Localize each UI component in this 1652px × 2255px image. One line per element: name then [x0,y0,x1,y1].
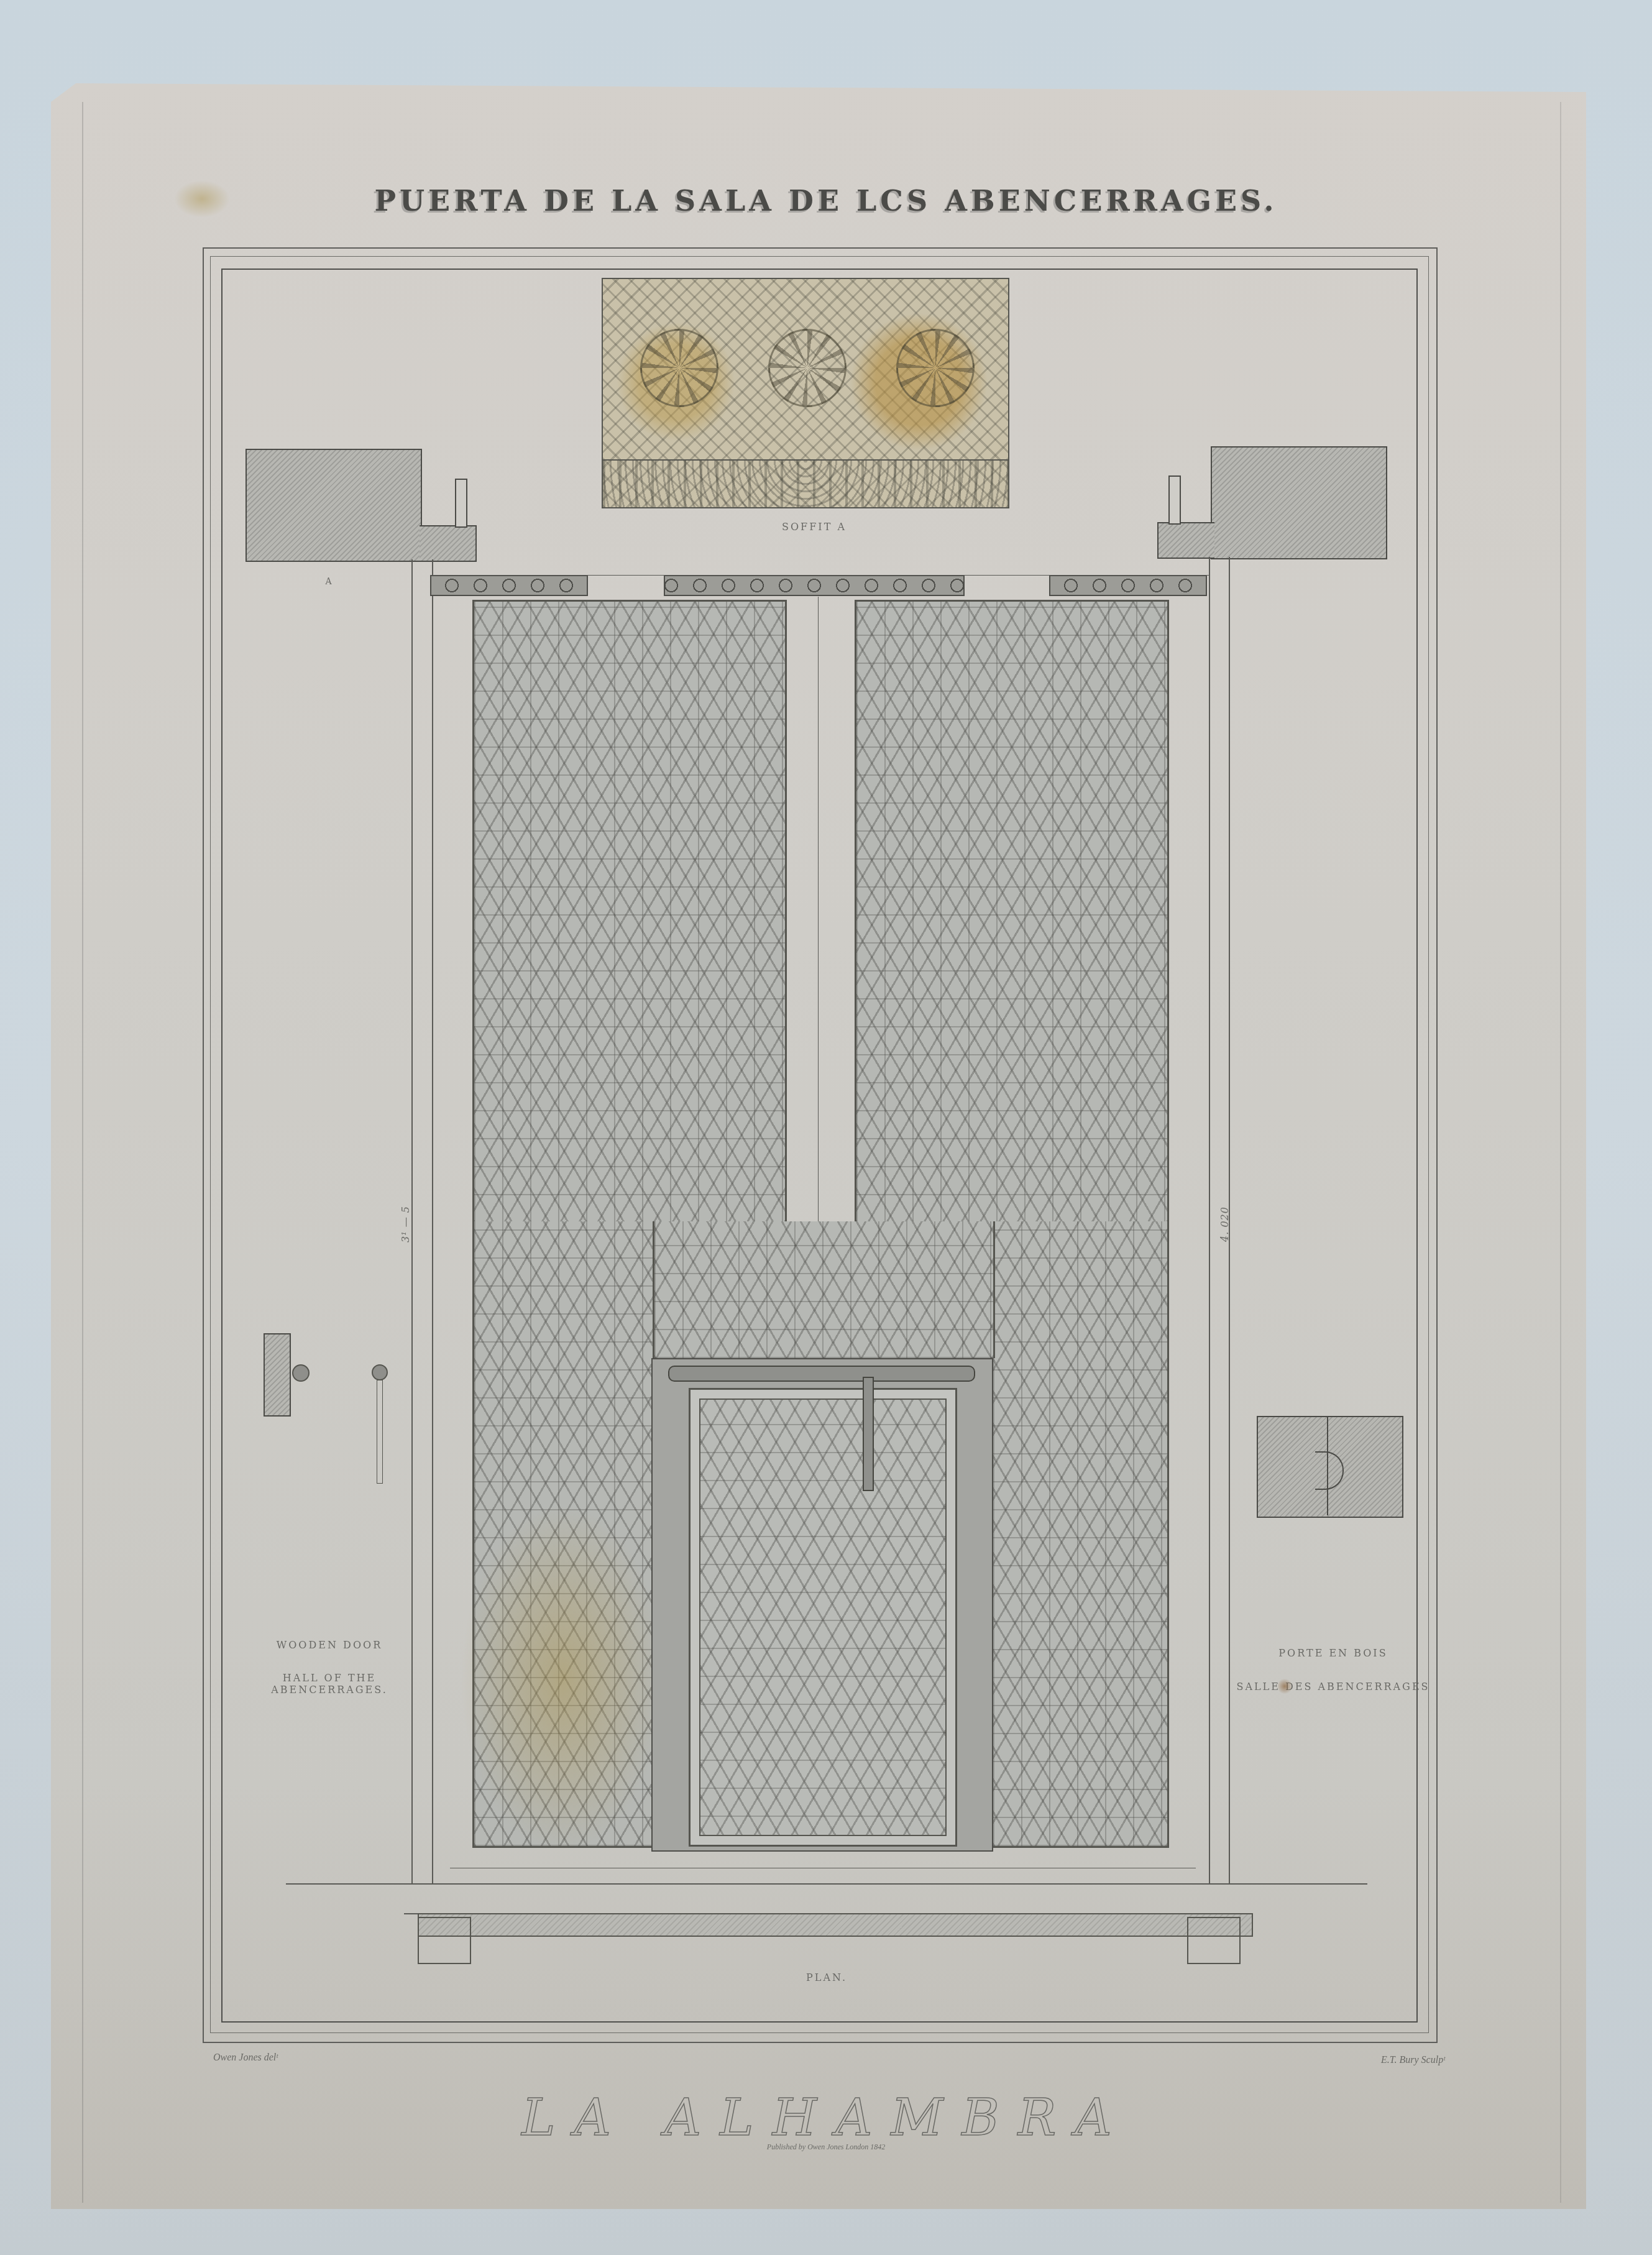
star-rosette-icon [768,329,847,407]
latch-bar [377,1380,383,1484]
publisher-line: Published by Owen Jones London 1842 [0,2142,1652,2152]
bolt-handle [863,1377,874,1491]
caption-french-line2: SALLE DES ABENCERRAGES [1231,1681,1436,1692]
rosette-rail-right [1049,575,1207,596]
plan-pivot-left [418,1917,471,1964]
door-leaf-left-upper [472,600,787,1225]
door-leaf-mid [653,1221,995,1358]
plate-title: PUERTA DE LA SALA DE LCS ABENCERRAGES. [0,184,1652,218]
hinge-pin-icon [292,1364,310,1382]
jamb-section-left [246,449,422,562]
series-title: LA ALHAMBRA [0,2088,1652,2147]
caption-english-line2: HALL OF THE ABENCERRAGES. [224,1672,435,1696]
star-rosette-icon [896,329,975,407]
ground-line [286,1883,1367,1885]
hinge-section [264,1333,291,1417]
foxing-stain [460,1504,665,1852]
dimension-label-left: 3¹ — 5 [400,1200,411,1249]
engraver-credit: E.T. Bury Sculpᵗ [1381,2055,1445,2066]
plan-label: PLAN. [783,1972,870,1983]
door-leaf-right-lower [991,1221,1169,1848]
door-leaf-right-upper [855,600,1169,1225]
door-jamb-right [1209,557,1210,1883]
door-bolt [668,1366,975,1382]
lintel-line [430,575,1210,576]
door-meeting-line [818,597,819,1324]
caption-english-line1: WOODEN DOOR [224,1639,435,1651]
arabesque-band [603,459,1008,507]
wicket-door-panel [689,1388,957,1847]
plan-section-bar [418,1913,1253,1937]
latch-knob-icon [372,1364,388,1380]
foxing-stain [174,180,230,218]
rosette-rail-center [664,575,965,596]
star-rosette-icon [640,329,718,407]
soffit-label: SOFFIT A [740,521,889,533]
jamb-stop-left [455,479,467,528]
section-label-a: A [311,577,348,587]
soffit-ornament [602,278,1009,508]
threshold-line [450,1868,1196,1868]
foxing-stain [1277,1678,1292,1694]
jamb-stop-right [1168,475,1181,525]
caption-french-line1: PORTE EN BOIS [1231,1647,1436,1659]
jamb-rebate-left [420,525,477,562]
jamb-rebate-right [1157,522,1214,559]
plan-pivot-right [1187,1917,1241,1964]
jamb-section-right [1211,446,1387,559]
draughtsman-credit: Owen Jones delᵗ [213,2052,278,2064]
rosette-rail-left [430,575,588,596]
dimension-label-right: 4. 020 [1219,1200,1231,1249]
